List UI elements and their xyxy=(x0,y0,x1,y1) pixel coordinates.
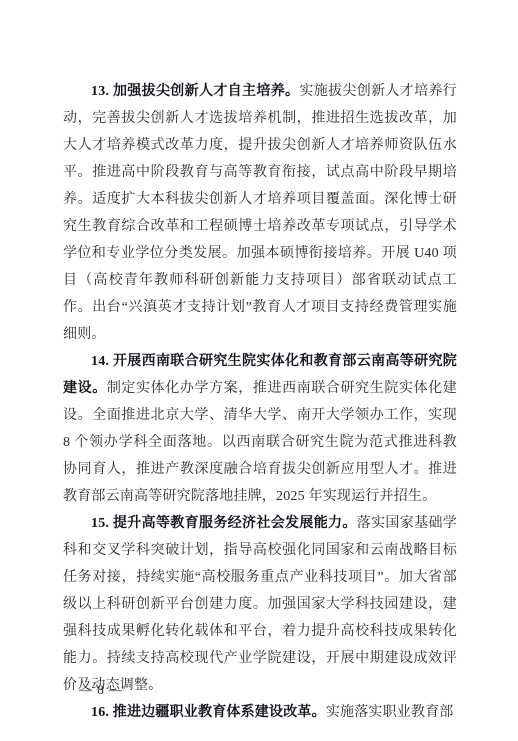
document-body: 13. 加强拔尖创新人才自主培养。实施拔尖创新人才培养行动，完善拔尖创新人才选拔… xyxy=(63,78,457,726)
paragraph-13-heading: 13. 加强拔尖创新人才自主培养。 xyxy=(91,84,299,99)
paragraph-16-text: 实施落实职业教育部 xyxy=(326,705,454,720)
paragraph-16-heading: 16. 推进边疆职业教育体系建设改革。 xyxy=(91,705,326,720)
paragraph-item-14: 14. 开展西南联合研究生院实体化和教育部云南高等研究院建设。制定实体化办学方案… xyxy=(63,348,457,510)
paragraph-14-text: 制定实体化办学方案，推进西南联合研究生院实体化建设。全面推进北京大学、清华大学、… xyxy=(63,381,457,504)
page-number: — 8 — xyxy=(79,682,123,698)
paragraph-13-text: 实施拔尖创新人才培养行动，完善拔尖创新人才选拔培养机制，推进招生选拔改革，加大人… xyxy=(63,84,457,342)
paragraph-item-16: 16. 推进边疆职业教育体系建设改革。实施落实职业教育部 xyxy=(63,699,457,726)
paragraph-item-13: 13. 加强拔尖创新人才自主培养。实施拔尖创新人才培养行动，完善拔尖创新人才选拔… xyxy=(63,78,457,348)
paragraph-15-heading: 15. 提升高等教育服务经济社会发展能力。 xyxy=(91,516,357,531)
paragraph-item-15: 15. 提升高等教育服务经济社会发展能力。落实国家基础学科和交叉学科突破计划，指… xyxy=(63,510,457,699)
paragraph-15-text: 落实国家基础学科和交叉学科突破计划，指导高校强化同国家和云南战略目标任务对接，持… xyxy=(63,516,457,693)
document-page: 13. 加强拔尖创新人才自主培养。实施拔尖创新人才培养行动，完善拔尖创新人才选拔… xyxy=(0,0,518,741)
